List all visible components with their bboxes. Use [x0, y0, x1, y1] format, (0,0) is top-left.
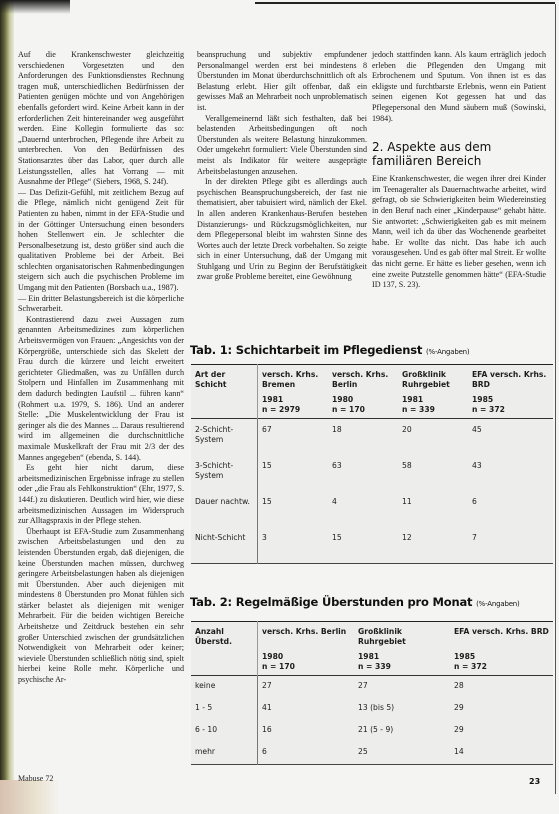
paragraph: Es geht hier nicht darum, diese arbeitsm…: [18, 463, 184, 527]
cell-value: 67: [258, 419, 329, 456]
column-header: Großklinik Ruhrgebiet: [398, 365, 468, 390]
empty-cell: [191, 646, 258, 676]
cell-value: 27: [354, 676, 450, 699]
table-row: mehr 6 25 14: [191, 742, 553, 765]
column-header: versch. Krhs. Berlin: [258, 622, 355, 647]
column-year: 1981: [262, 395, 283, 404]
table-schichtarbeit: Art der Schicht versch. Krhs. Bremen ver…: [191, 364, 553, 564]
cell-value: 15: [328, 527, 398, 564]
row-label: 2-Schicht-System: [191, 419, 258, 456]
table-header-row: Anzahl Überstd. versch. Krhs. Berlin Gro…: [191, 622, 553, 647]
paragraph: Eine Krankenschwester, die wegen ihrer d…: [372, 174, 546, 291]
cell-value: 29: [450, 698, 553, 720]
cell-value: 6: [468, 491, 553, 527]
paragraph: jedoch stattfinden kann. Als kaum erträg…: [372, 50, 546, 124]
cell-value: 29: [450, 720, 553, 742]
page-corner-shadow: [0, 0, 70, 14]
cell-value: 58: [398, 455, 468, 491]
cell-value: 25: [354, 742, 450, 765]
column-year-n: 1980n = 170: [258, 646, 355, 676]
column-header: Großklinik Ruhrgebiet: [354, 622, 450, 647]
column-n: n = 339: [402, 405, 435, 414]
column-n: n = 2979: [262, 405, 300, 414]
cell-value: 20: [398, 419, 468, 456]
right-page-edge: [555, 4, 556, 794]
publication-footer: Mabuse 72: [18, 774, 53, 783]
cell-value: 15: [258, 491, 329, 527]
cell-value: 14: [450, 742, 553, 765]
cell-value: 41: [258, 698, 355, 720]
table-row: 3-Schicht-System 15 63 58 43: [191, 455, 553, 491]
column-year-n: 1980n = 170: [328, 389, 398, 419]
row-label: 6 - 10: [191, 720, 258, 742]
cell-value: 3: [258, 527, 329, 564]
table-title-text: Tab. 1: Schichtarbeit im Pflegedienst: [190, 343, 422, 357]
column-header: versch. Krhs. Bremen: [258, 365, 329, 390]
top-rule: [255, 2, 555, 4]
cell-value: 18: [328, 419, 398, 456]
empty-cell: [191, 389, 258, 419]
column-year: 1980: [332, 395, 353, 404]
paragraph: — Das Defizit-Gefühl, mit zeitlichem Bez…: [18, 188, 184, 294]
cell-value: 28: [450, 676, 553, 699]
cell-value: 7: [468, 527, 553, 564]
cell-value: 45: [468, 419, 553, 456]
table-1-title: Tab. 1: Schichtarbeit im Pflegedienst (%…: [190, 343, 469, 357]
column-header: EFA versch. Krhs. BRD: [450, 622, 553, 647]
row-label: mehr: [191, 742, 258, 765]
column-year: 1980: [262, 652, 283, 661]
book-spine-shadow: [0, 0, 14, 814]
column-n: n = 170: [332, 405, 365, 414]
table-2-title: Tab. 2: Regelmäßige Überstunden pro Mona…: [190, 595, 520, 609]
paragraph: Überhaupt ist EFA-Studie zum Zusammenhan…: [18, 527, 184, 686]
column-n: n = 372: [472, 405, 505, 414]
table-title-text: Tab. 2: Regelmäßige Überstunden pro Mona…: [190, 595, 472, 609]
cell-value: 16: [258, 720, 355, 742]
column-year: 1981: [402, 395, 423, 404]
row-label: 1 - 5: [191, 698, 258, 720]
table-unit: (%-Angaben): [426, 348, 469, 356]
column-year: 1985: [472, 395, 493, 404]
row-header-label: Art der Schicht: [191, 365, 258, 390]
column-year: 1981: [358, 652, 379, 661]
paragraph: Verallgemeinernd läßt sich festhalten, d…: [197, 114, 367, 178]
page-corner-shadow-bottom: [0, 780, 60, 814]
table-row: 6 - 10 16 21 (5 - 9) 29: [191, 720, 553, 742]
cell-value: 13 (bis 5): [354, 698, 450, 720]
section-heading: 2. Aspekte aus dem familiären Bereich: [372, 140, 546, 168]
row-header-label: Anzahl Überstd.: [191, 622, 258, 647]
table-row: keine 27 27 28: [191, 676, 553, 699]
table-header-subrow: 1980n = 170 1981n = 339 1985n = 372: [191, 646, 553, 676]
text-column-1: Auf die Krankenschwester gleichzeitig ve…: [18, 50, 184, 686]
column-n: n = 170: [262, 662, 295, 671]
row-label: Nicht-Schicht: [191, 527, 258, 564]
cell-value: 6: [258, 742, 355, 765]
cell-value: 21 (5 - 9): [354, 720, 450, 742]
page-number: 23: [529, 777, 540, 786]
cell-value: 4: [328, 491, 398, 527]
cell-value: 43: [468, 455, 553, 491]
column-year-n: 1985n = 372: [468, 389, 553, 419]
table-row: Dauer nachtw. 15 4 11 6: [191, 491, 553, 527]
table-header-subrow: 1981n = 2979 1980n = 170 1981n = 339 198…: [191, 389, 553, 419]
text-column-2: beanspruchung und subjektiv empfundener …: [197, 50, 367, 283]
column-n: n = 339: [358, 662, 391, 671]
column-year-n: 1981n = 339: [398, 389, 468, 419]
table-row: 2-Schicht-System 67 18 20 45: [191, 419, 553, 456]
table-unit: (%-Angaben): [476, 600, 519, 608]
column-n: n = 372: [454, 662, 487, 671]
cell-value: 27: [258, 676, 355, 699]
table-row: 1 - 5 41 13 (bis 5) 29: [191, 698, 553, 720]
row-label: 3-Schicht-System: [191, 455, 258, 491]
cell-value: 12: [398, 527, 468, 564]
column-year-n: 1981n = 339: [354, 646, 450, 676]
column-year-n: 1985n = 372: [450, 646, 553, 676]
column-year: 1985: [454, 652, 475, 661]
table-header-row: Art der Schicht versch. Krhs. Bremen ver…: [191, 365, 553, 390]
column-header: versch. Krhs. Berlin: [328, 365, 398, 390]
paragraph: — Ein dritter Belastungsbereich ist die …: [18, 294, 184, 315]
paragraph: In der direkten Pflege gibt es allerding…: [197, 177, 367, 283]
cell-value: 15: [258, 455, 329, 491]
column-year-n: 1981n = 2979: [258, 389, 329, 419]
cell-value: 11: [398, 491, 468, 527]
row-label: Dauer nachtw.: [191, 491, 258, 527]
column-header: EFA versch. Krhs. BRD: [468, 365, 553, 390]
paragraph: beanspruchung und subjektiv empfundener …: [197, 50, 367, 114]
table-row: Nicht-Schicht 3 15 12 7: [191, 527, 553, 564]
row-label: keine: [191, 676, 258, 699]
paragraph: Kontrastierend dazu zwei Aussagen zum ge…: [18, 315, 184, 463]
paragraph: Auf die Krankenschwester gleichzeitig ve…: [18, 50, 184, 188]
text-column-3: jedoch stattfinden kann. Als kaum erträg…: [372, 50, 546, 291]
table-ueberstunden: Anzahl Überstd. versch. Krhs. Berlin Gro…: [191, 621, 553, 765]
cell-value: 63: [328, 455, 398, 491]
